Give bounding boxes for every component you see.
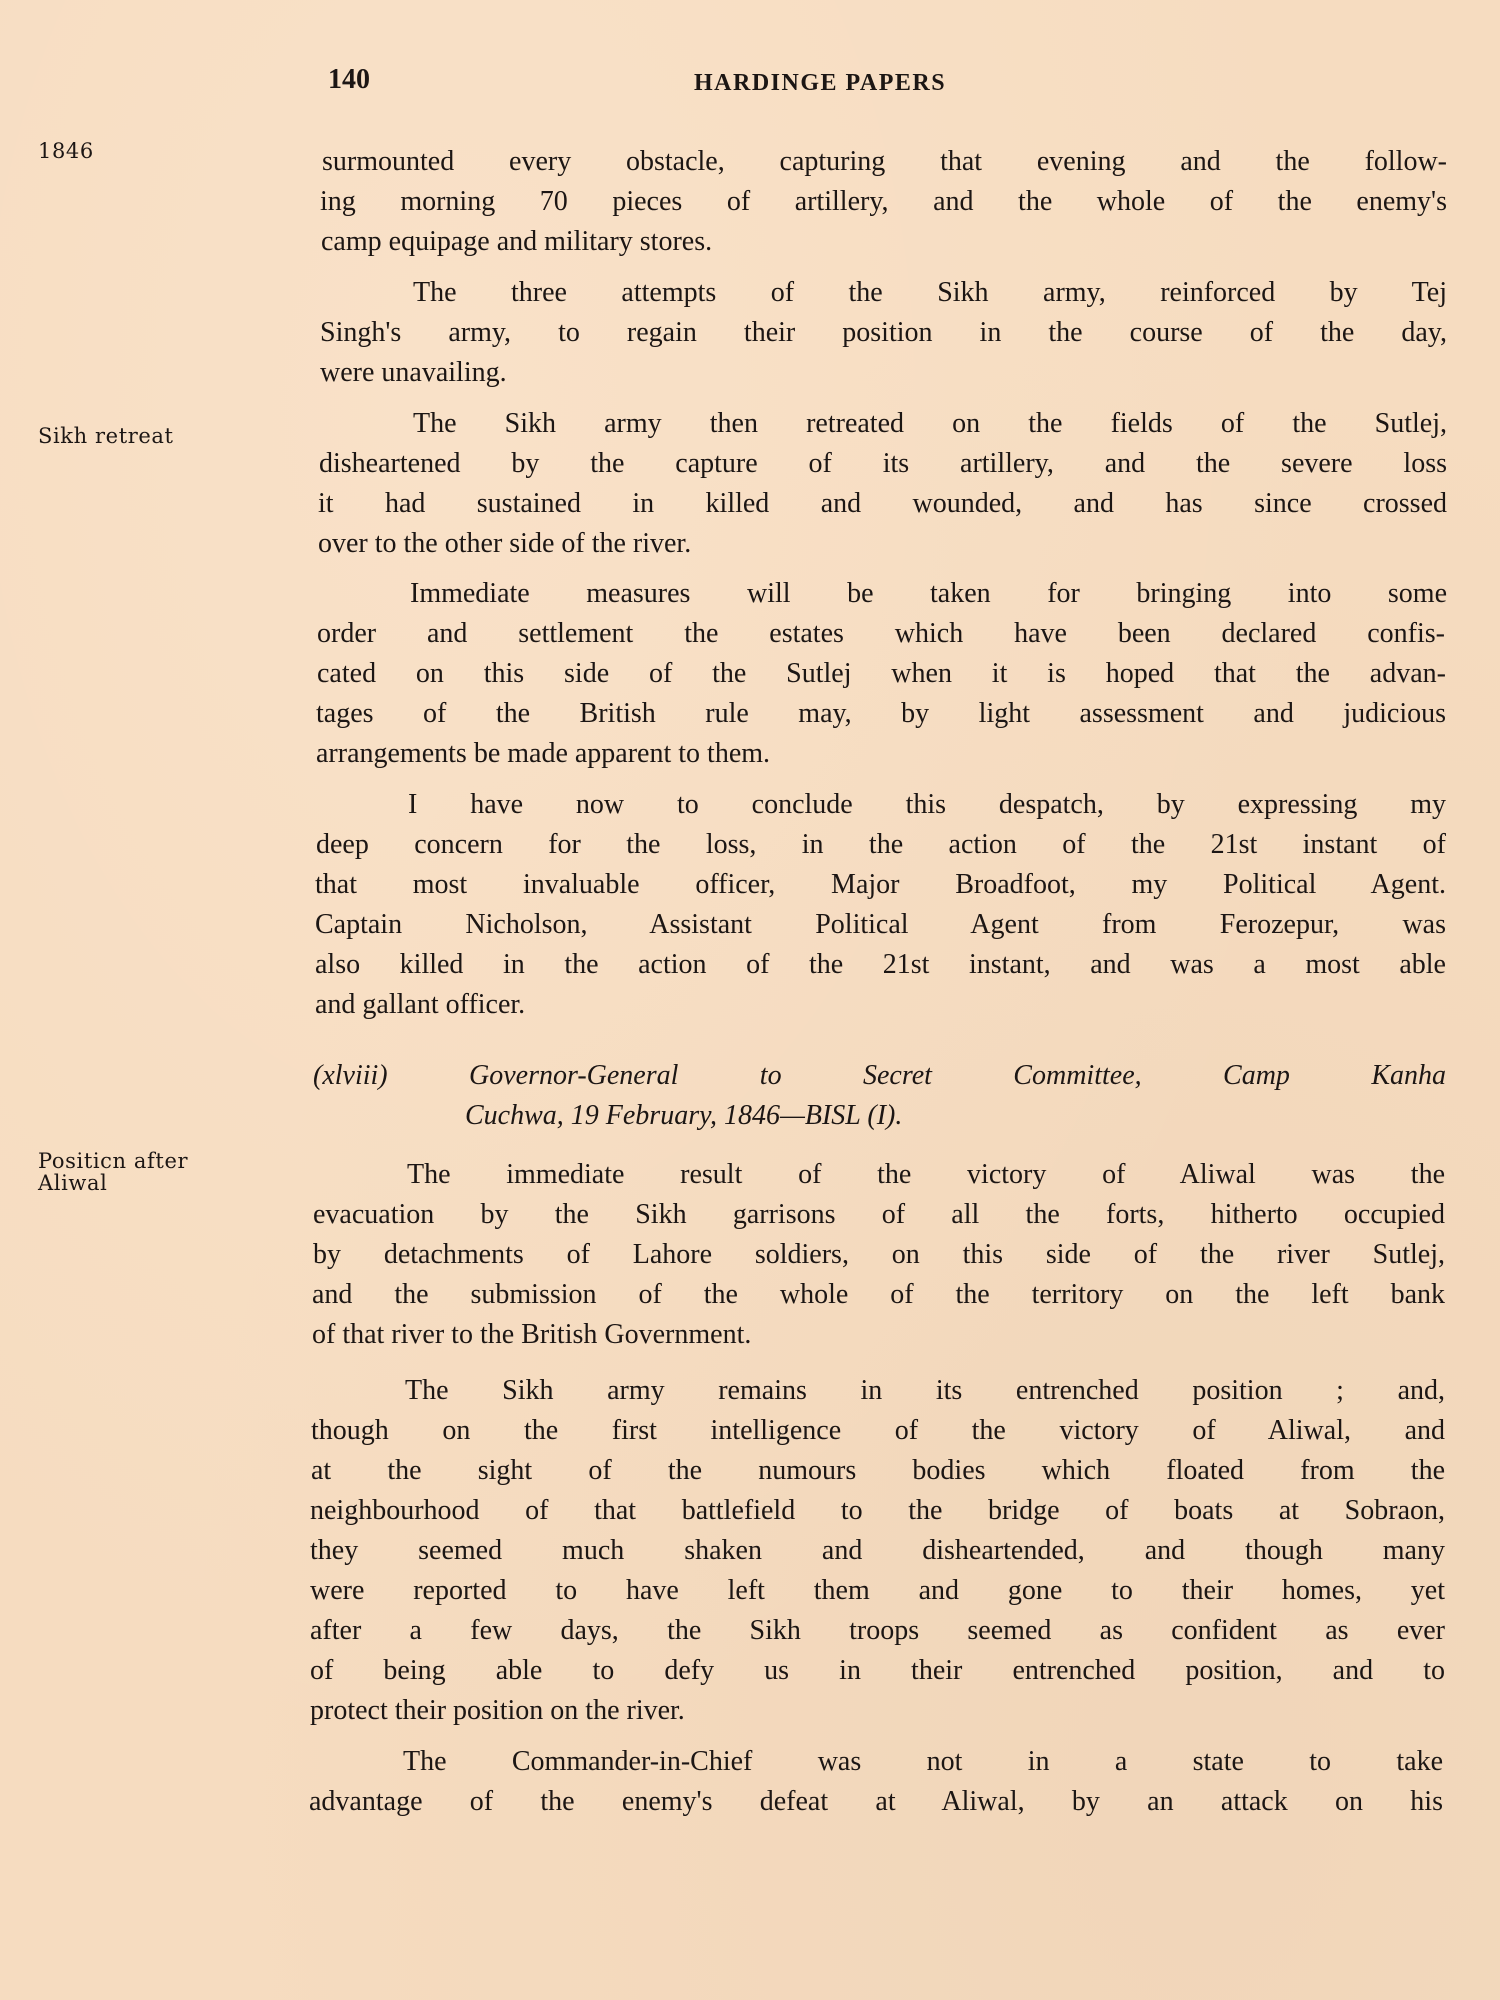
text-line: of that river to the British Government. (312, 1318, 1445, 1352)
text-line: ing morning 70 pieces of artillery, and … (320, 185, 1447, 219)
text-line: arrangements be made apparent to them. (316, 737, 1446, 771)
text-line: The Commander-in-Chief was not in a stat… (403, 1745, 1443, 1779)
text-line: neighbourhood of that battlefield to the… (310, 1494, 1445, 1528)
running-title: HARDINGE PAPERS (694, 70, 946, 97)
text-line: deep concern for the loss, in the action… (316, 828, 1446, 862)
text-line: were reported to have left them and gone… (310, 1574, 1445, 1608)
text-line: of being able to defy us in their entren… (310, 1654, 1445, 1688)
text-line: over to the other side of the river. (318, 527, 1447, 561)
text-line: and gallant officer. (315, 988, 1446, 1022)
document-heading-continued: Cuchwa, 19 February, 1846—BISL (I). (465, 1099, 1365, 1133)
text-line: it had sustained in killed and wounded, … (318, 487, 1447, 521)
text-line: that most invaluable officer, Major Broa… (315, 868, 1446, 902)
text-line: cated on this side of the Sutlej when it… (317, 657, 1446, 691)
margin-note-position-after: Positicn after (38, 1150, 188, 1172)
document-page: ​ 140 HARDINGE PAPERS 1846 Sikh retreat … (0, 0, 1500, 2000)
document-heading: (xlviii) Governor-General to Secret Comm… (313, 1059, 1446, 1093)
text-line: The Sikh army then retreated on the fiel… (413, 407, 1447, 441)
margin-note-aliwal: Aliwal (38, 1172, 107, 1194)
margin-note-year: 1846 (38, 140, 94, 162)
text-line: advantage of the enemy's defeat at Aliwa… (309, 1785, 1443, 1819)
text-line: evacuation by the Sikh garrisons of all … (313, 1198, 1445, 1232)
text-line: tages of the British rule may, by light … (316, 697, 1446, 731)
text-line: surmounted every obstacle, capturing tha… (322, 145, 1447, 179)
text-line: after a few days, the Sikh troops seemed… (310, 1614, 1445, 1648)
text-line: at the sight of the numours bodies which… (311, 1454, 1445, 1488)
text-line: The Sikh army remains in its entrenched … (405, 1374, 1445, 1408)
text-line: Singh's army, to regain their position i… (320, 316, 1447, 350)
text-line: they seemed much shaken and disheartende… (310, 1534, 1445, 1568)
text-line: though on the first intelligence of the … (311, 1414, 1445, 1448)
text-line: Captain Nicholson, Assistant Political A… (315, 908, 1446, 942)
text-line: also killed in the action of the 21st in… (315, 948, 1446, 982)
text-line: and the submission of the whole of the t… (312, 1278, 1445, 1312)
page-number: 140 (328, 64, 370, 96)
text-line: Immediate measures will be taken for bri… (410, 577, 1447, 611)
text-line: The immediate result of the victory of A… (407, 1158, 1445, 1192)
text-line: were unavailing. (320, 356, 1447, 390)
margin-note-sikh-retreat: Sikh retreat (38, 425, 174, 447)
text-line: camp equipage and military stores. (321, 225, 1446, 259)
text-line: protect their position on the river. (310, 1694, 1445, 1728)
text-line: The three attempts of the Sikh army, rei… (413, 276, 1447, 310)
text-line: by detachments of Lahore soldiers, on th… (313, 1238, 1445, 1272)
text-line: disheartened by the capture of its artil… (319, 447, 1447, 481)
text-line: order and settlement the estates which h… (317, 617, 1445, 651)
text-line: I have now to conclude this despatch, by… (408, 788, 1446, 822)
